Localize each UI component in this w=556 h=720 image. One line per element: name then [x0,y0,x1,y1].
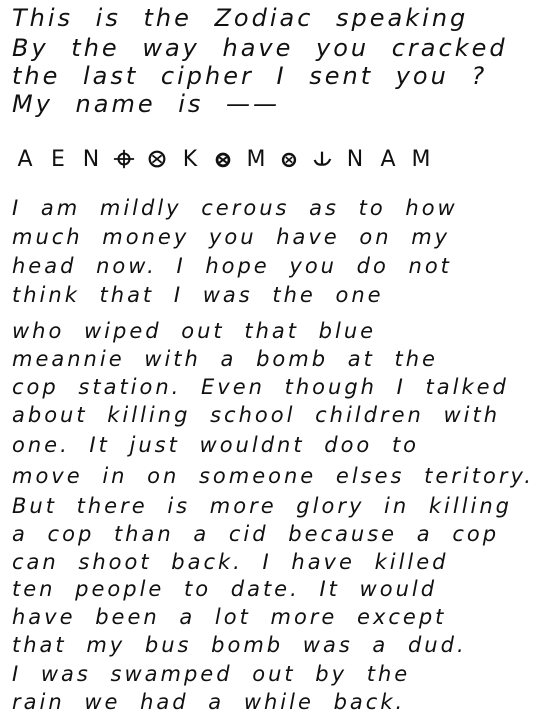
cipher-letter: M [410,146,432,172]
cipher-letter: A [377,146,399,172]
filled-circle-x-icon [212,146,234,172]
cipher-letter: N [344,146,366,172]
body-line: that my bus bomb was a dud. [12,633,467,657]
body-line: who wiped out that blue [12,319,376,343]
body-line: meannie with a bomb at the [12,347,438,371]
body-line: think that I was the one [12,283,384,307]
intro-line: This is the Zodiac speaking [12,4,468,32]
cipher-letter: A [14,146,36,172]
intro-line: My name is —— [12,90,280,118]
body-line: rain we had a while back. [12,690,405,714]
cipher-letter: K [179,146,201,172]
cipher-letter: E [47,146,69,172]
intro-line: the last cipher I sent you ? [12,62,487,90]
body-line: I was swamped out by the [12,662,410,686]
body-line: much money you have on my [12,225,450,249]
cipher-letter: M [245,146,267,172]
body-line: can shoot back. I have killed [12,550,449,574]
crosshair-circle-icon [113,146,135,172]
body-line: one. It just wouldnt doo to [12,433,419,457]
letter-page: This is the Zodiac speaking By the way h… [0,0,556,720]
body-line: ten people to date. It would [12,577,437,601]
cipher-line: AENKMNAM [14,144,443,174]
circle-x-small-icon [278,146,300,172]
body-line: head now. I hope you do not [12,254,452,278]
intro-line: By the way have you cracked [12,34,508,62]
body-line: about killing school children with [12,403,500,427]
body-line: I am mildly cerous as to how [12,196,458,220]
circle-x-icon [146,146,168,172]
body-line: a cop than a cid because a cop [12,522,499,546]
body-line: cop station. Even though I talked [12,375,509,399]
cipher-letter: N [80,146,102,172]
body-line: move in on someone elses teritory. [12,464,534,488]
inverted-anchor-icon [311,146,333,172]
body-line: have been a lot more except [12,605,446,629]
body-line: But there is more glory in killing [12,494,512,518]
